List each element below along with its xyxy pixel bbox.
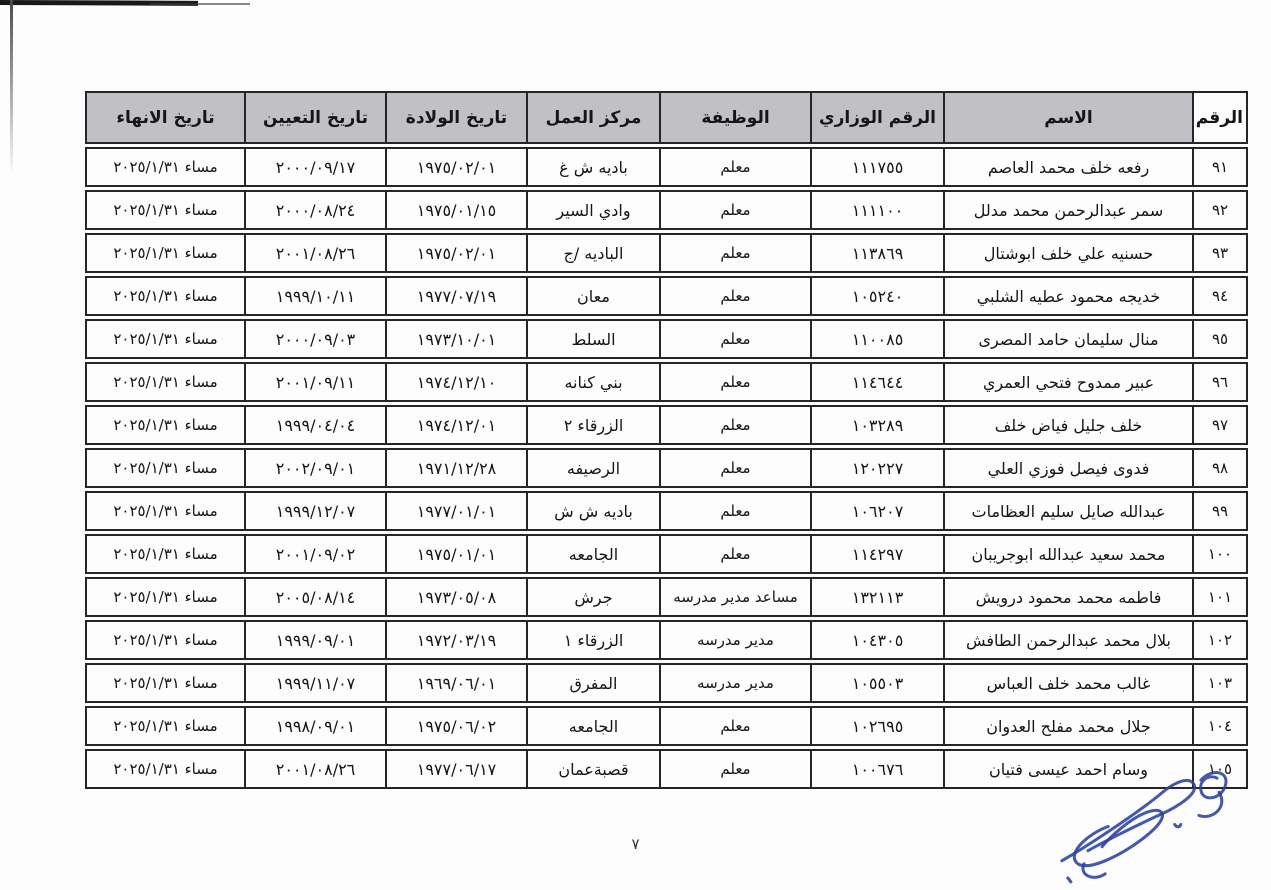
cell-birth_date: ١٩٦٩/٠٦/٠١ <box>385 663 526 703</box>
cell-end_date: مساء ٢٠٢٥/١/٣١ <box>85 319 244 359</box>
column-header-birth_date: تاريخ الولادة <box>385 91 526 144</box>
table-row: ٩٧خلف جليل فياض خلف١٠٣٢٨٩معلمالزرقاء ٢١٩… <box>85 405 1248 445</box>
cell-name: رفعه خلف محمد العاصم <box>943 147 1192 187</box>
cell-appointment_date: ١٩٩٩/٠٩/٠١ <box>244 620 385 660</box>
cell-birth_date: ١٩٧٤/١٢/٠١ <box>385 405 526 445</box>
table-row: ١٠٢بلال محمد عبدالرحمن الطافش١٠٤٣٠٥مدير … <box>85 620 1248 660</box>
cell-job: معلم <box>659 534 810 574</box>
table-row: ٩٦عبير ممدوح فتحي العمري١١٤٦٤٤معلمبني كن… <box>85 362 1248 402</box>
table-row: ١٠٣غالب محمد خلف العباس١٠٥٥٠٣مدير مدرسها… <box>85 663 1248 703</box>
cell-appointment_date: ٢٠٠١/٠٨/٢٦ <box>244 233 385 273</box>
table-body: ٩١رفعه خلف محمد العاصم١١١٧٥٥معلمباديه ش … <box>85 147 1248 789</box>
signature-ink <box>1048 762 1253 888</box>
cell-work_center: معان <box>526 276 659 316</box>
table-row: ٩٨فدوى فيصل فوزي العلي١٢٠٢٢٧معلمالرصيفه١… <box>85 448 1248 488</box>
cell-end_date: مساء ٢٠٢٥/١/٣١ <box>85 749 244 789</box>
table-row: ٩٩عبدالله صايل سليم العظامات١٠٦٢٠٧معلمبا… <box>85 491 1248 531</box>
document-page: الرقمالاسمالرقم الوزاريالوظيفةمركز العمل… <box>0 0 1271 890</box>
cell-birth_date: ١٩٧١/١٢/٢٨ <box>385 448 526 488</box>
cell-end_date: مساء ٢٠٢٥/١/٣١ <box>85 233 244 273</box>
cell-appointment_date: ٢٠٠٥/٠٨/١٤ <box>244 577 385 617</box>
cell-end_date: مساء ٢٠٢٥/١/٣١ <box>85 276 244 316</box>
table-row: ٩٢سمر عبدالرحمن محمد مدلل١١١١٠٠معلموادي … <box>85 190 1248 230</box>
cell-appointment_date: ٢٠٠١/٠٨/٢٦ <box>244 749 385 789</box>
cell-name: خديجه محمود عطيه الشلبي <box>943 276 1192 316</box>
column-header-ministry_number: الرقم الوزاري <box>810 91 943 144</box>
cell-appointment_date: ٢٠٠٢/٠٩/٠١ <box>244 448 385 488</box>
cell-birth_date: ١٩٧٣/٠٥/٠٨ <box>385 577 526 617</box>
cell-job: معلم <box>659 405 810 445</box>
cell-birth_date: ١٩٧٧/٠١/٠١ <box>385 491 526 531</box>
cell-ministry_number: ١١١٧٥٥ <box>810 147 943 187</box>
cell-job: معلم <box>659 319 810 359</box>
cell-end_date: مساء ٢٠٢٥/١/٣١ <box>85 620 244 660</box>
cell-seq: ٩٩ <box>1192 491 1248 531</box>
cell-job: معلم <box>659 706 810 746</box>
cell-appointment_date: ١٩٩٩/٠٤/٠٤ <box>244 405 385 445</box>
cell-name: جلال محمد مفلح العدوان <box>943 706 1192 746</box>
cell-name: عبدالله صايل سليم العظامات <box>943 491 1192 531</box>
cell-appointment_date: ٢٠٠٠/٠٩/١٧ <box>244 147 385 187</box>
cell-end_date: مساء ٢٠٢٥/١/٣١ <box>85 405 244 445</box>
cell-name: غالب محمد خلف العباس <box>943 663 1192 703</box>
cell-work_center: قصبةعمان <box>526 749 659 789</box>
cell-end_date: مساء ٢٠٢٥/١/٣١ <box>85 577 244 617</box>
employees-table: الرقمالاسمالرقم الوزاريالوظيفةمركز العمل… <box>85 88 1248 792</box>
cell-job: معلم <box>659 448 810 488</box>
cell-birth_date: ١٩٧٥/٠٦/٠٢ <box>385 706 526 746</box>
cell-seq: ٩٧ <box>1192 405 1248 445</box>
cell-ministry_number: ١١٣٨٦٩ <box>810 233 943 273</box>
cell-job: مدير مدرسه <box>659 620 810 660</box>
cell-end_date: مساء ٢٠٢٥/١/٣١ <box>85 534 244 574</box>
cell-job: معلم <box>659 276 810 316</box>
cell-appointment_date: ٢٠٠٠/٠٩/٠٣ <box>244 319 385 359</box>
cell-appointment_date: ١٩٩٩/١٢/٠٧ <box>244 491 385 531</box>
scan-artifact-left-edge <box>10 0 13 175</box>
cell-appointment_date: ٢٠٠٠/٠٨/٢٤ <box>244 190 385 230</box>
cell-name: سمر عبدالرحمن محمد مدلل <box>943 190 1192 230</box>
cell-name: عبير ممدوح فتحي العمري <box>943 362 1192 402</box>
cell-name: حسنيه علي خلف ابوشتال <box>943 233 1192 273</box>
cell-job: معلم <box>659 749 810 789</box>
cell-appointment_date: ١٩٩٩/١٠/١١ <box>244 276 385 316</box>
cell-work_center: الزرقاء ١ <box>526 620 659 660</box>
cell-work_center: الرصيفه <box>526 448 659 488</box>
cell-work_center: الزرقاء ٢ <box>526 405 659 445</box>
cell-work_center: الباديه /ج <box>526 233 659 273</box>
cell-end_date: مساء ٢٠٢٥/١/٣١ <box>85 362 244 402</box>
cell-job: مساعد مدير مدرسه <box>659 577 810 617</box>
cell-work_center: الجامعه <box>526 706 659 746</box>
cell-end_date: مساء ٢٠٢٥/١/٣١ <box>85 147 244 187</box>
cell-birth_date: ١٩٧٥/٠١/٠١ <box>385 534 526 574</box>
cell-ministry_number: ١٠٥٢٤٠ <box>810 276 943 316</box>
cell-appointment_date: ٢٠٠١/٠٩/١١ <box>244 362 385 402</box>
table-row: ١٠٠محمد سعيد عبدالله ابوجريبان١١٤٢٩٧معلم… <box>85 534 1248 574</box>
table-header-row: الرقمالاسمالرقم الوزاريالوظيفةمركز العمل… <box>85 91 1248 144</box>
cell-seq: ٩٨ <box>1192 448 1248 488</box>
cell-seq: ٩٣ <box>1192 233 1248 273</box>
cell-name: فدوى فيصل فوزي العلي <box>943 448 1192 488</box>
table-row: ٩٣حسنيه علي خلف ابوشتال١١٣٨٦٩معلمالباديه… <box>85 233 1248 273</box>
cell-name: خلف جليل فياض خلف <box>943 405 1192 445</box>
cell-ministry_number: ١٠٣٢٨٩ <box>810 405 943 445</box>
cell-work_center: الجامعه <box>526 534 659 574</box>
column-header-appointment_date: تاريخ التعيين <box>244 91 385 144</box>
cell-seq: ٩١ <box>1192 147 1248 187</box>
cell-name: فاطمه محمد محمود درويش <box>943 577 1192 617</box>
cell-appointment_date: ٢٠٠١/٠٩/٠٢ <box>244 534 385 574</box>
cell-job: معلم <box>659 491 810 531</box>
cell-name: بلال محمد عبدالرحمن الطافش <box>943 620 1192 660</box>
column-header-work_center: مركز العمل <box>526 91 659 144</box>
cell-seq: ١٠١ <box>1192 577 1248 617</box>
cell-work_center: السلط <box>526 319 659 359</box>
cell-work_center: بني كنانه <box>526 362 659 402</box>
cell-seq: ١٠٠ <box>1192 534 1248 574</box>
cell-ministry_number: ١٠٥٥٠٣ <box>810 663 943 703</box>
column-header-seq: الرقم <box>1192 91 1248 144</box>
cell-seq: ١٠٤ <box>1192 706 1248 746</box>
cell-appointment_date: ١٩٩٨/٠٩/٠١ <box>244 706 385 746</box>
cell-appointment_date: ١٩٩٩/١١/٠٧ <box>244 663 385 703</box>
cell-end_date: مساء ٢٠٢٥/١/٣١ <box>85 706 244 746</box>
cell-job: معلم <box>659 147 810 187</box>
cell-ministry_number: ١٣٢١١٣ <box>810 577 943 617</box>
cell-work_center: وادي السير <box>526 190 659 230</box>
cell-seq: ٩٦ <box>1192 362 1248 402</box>
cell-work_center: باديه ش غ <box>526 147 659 187</box>
cell-ministry_number: ١١٤٢٩٧ <box>810 534 943 574</box>
cell-birth_date: ١٩٧٣/١٠/٠١ <box>385 319 526 359</box>
cell-end_date: مساء ٢٠٢٥/١/٣١ <box>85 190 244 230</box>
cell-job: معلم <box>659 190 810 230</box>
table-row: ١٠٤جلال محمد مفلح العدوان١٠٢٦٩٥معلمالجام… <box>85 706 1248 746</box>
cell-name: منال سليمان حامد المصرى <box>943 319 1192 359</box>
table-row: ١٠١فاطمه محمد محمود درويش١٣٢١١٣مساعد مدي… <box>85 577 1248 617</box>
cell-birth_date: ١٩٧٧/٠٦/١٧ <box>385 749 526 789</box>
cell-end_date: مساء ٢٠٢٥/١/٣١ <box>85 448 244 488</box>
table-row: ٩١رفعه خلف محمد العاصم١١١٧٥٥معلمباديه ش … <box>85 147 1248 187</box>
cell-seq: ١٠٣ <box>1192 663 1248 703</box>
cell-ministry_number: ١٠٠٦٧٦ <box>810 749 943 789</box>
cell-ministry_number: ١٠٦٢٠٧ <box>810 491 943 531</box>
cell-birth_date: ١٩٧٢/٠٣/١٩ <box>385 620 526 660</box>
cell-work_center: المفرق <box>526 663 659 703</box>
cell-ministry_number: ١١٤٦٤٤ <box>810 362 943 402</box>
cell-work_center: باديه ش ش <box>526 491 659 531</box>
cell-seq: ٩٥ <box>1192 319 1248 359</box>
cell-name: محمد سعيد عبدالله ابوجريبان <box>943 534 1192 574</box>
cell-birth_date: ١٩٧٤/١٢/١٠ <box>385 362 526 402</box>
column-header-end_date: تاريخ الانهاء <box>85 91 244 144</box>
column-header-name: الاسم <box>943 91 1192 144</box>
cell-birth_date: ١٩٧٥/٠٢/٠١ <box>385 233 526 273</box>
cell-ministry_number: ١١٠٠٨٥ <box>810 319 943 359</box>
cell-job: مدير مدرسه <box>659 663 810 703</box>
cell-birth_date: ١٩٧٧/٠٧/١٩ <box>385 276 526 316</box>
cell-birth_date: ١٩٧٥/٠٢/٠١ <box>385 147 526 187</box>
cell-birth_date: ١٩٧٥/٠١/١٥ <box>385 190 526 230</box>
table-row: ٩٥منال سليمان حامد المصرى١١٠٠٨٥معلمالسلط… <box>85 319 1248 359</box>
table-row: ٩٤خديجه محمود عطيه الشلبي١٠٥٢٤٠معلممعان١… <box>85 276 1248 316</box>
cell-work_center: جرش <box>526 577 659 617</box>
cell-end_date: مساء ٢٠٢٥/١/٣١ <box>85 663 244 703</box>
cell-seq: ٩٤ <box>1192 276 1248 316</box>
cell-seq: ٩٢ <box>1192 190 1248 230</box>
cell-seq: ١٠٢ <box>1192 620 1248 660</box>
cell-job: معلم <box>659 233 810 273</box>
column-header-job: الوظيفة <box>659 91 810 144</box>
cell-job: معلم <box>659 362 810 402</box>
cell-ministry_number: ١٠٢٦٩٥ <box>810 706 943 746</box>
cell-ministry_number: ١١١١٠٠ <box>810 190 943 230</box>
scan-artifact-top-edge-tail <box>150 3 250 5</box>
cell-ministry_number: ١٢٠٢٢٧ <box>810 448 943 488</box>
cell-ministry_number: ١٠٤٣٠٥ <box>810 620 943 660</box>
cell-end_date: مساء ٢٠٢٥/١/٣١ <box>85 491 244 531</box>
